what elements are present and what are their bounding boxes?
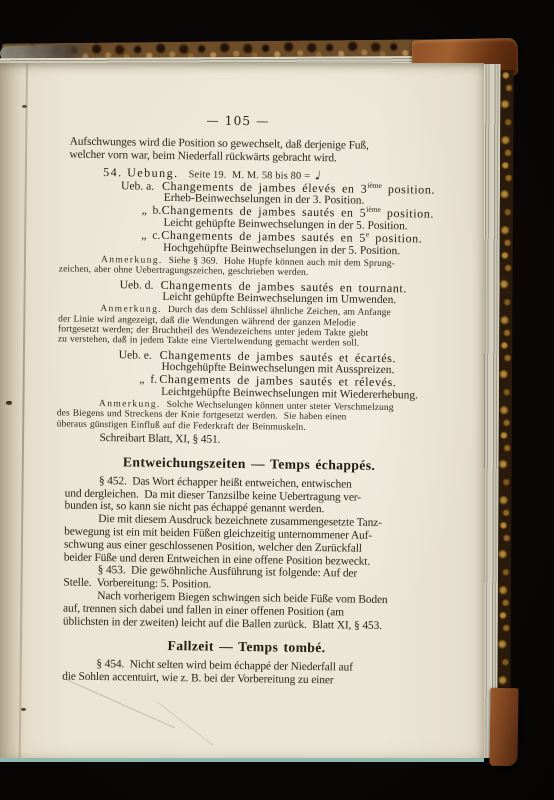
page-number: — 105 —	[44, 111, 432, 131]
section-heading: Fallzeit — Temps tombé.	[52, 636, 440, 658]
annotation-lead: Anmerkung.	[100, 304, 162, 315]
section-heading: Entweichungszeiten — Temps échappés.	[55, 452, 443, 474]
book-page: — 105 — Aufschwunges wird die Position s…	[0, 63, 484, 762]
ordinal-superscript: ième	[366, 205, 381, 214]
binding-stitch-dot	[6, 401, 12, 405]
exercise-number: 54. Uebung.	[103, 165, 179, 180]
page-text-column: — 105 — Aufschwunges wird die Position s…	[62, 112, 458, 689]
page-gutter-fold	[19, 63, 28, 758]
ordinal-superscript: ième	[367, 180, 382, 189]
binding-stitch-dot	[22, 105, 27, 108]
book-fore-edge-marble	[497, 70, 513, 698]
annotation-lead: Anmerkung.	[101, 255, 163, 266]
lines-container: Aufschwunges wird die Position so gewech…	[62, 136, 458, 689]
body-text-line: Schreibart Blatt, XI, § 451.	[65, 432, 453, 450]
binding-stitch-dot	[21, 708, 26, 711]
book-photo: — 105 — Aufschwunges wird die Position s…	[0, 0, 554, 800]
book-cover-bottom-right	[489, 688, 518, 766]
